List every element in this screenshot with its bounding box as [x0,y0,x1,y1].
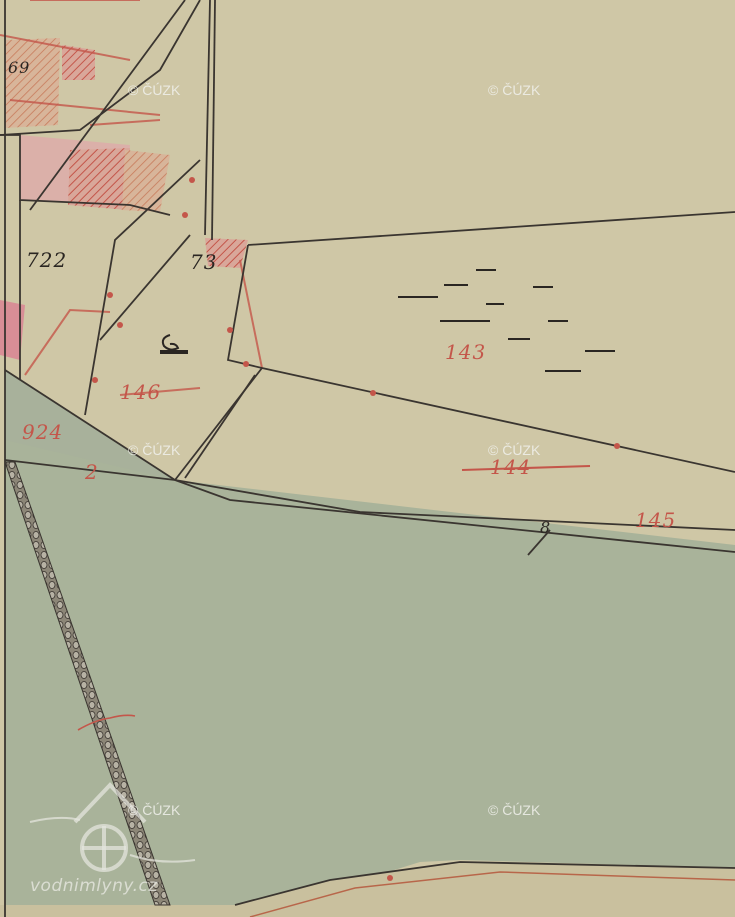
parcel-label-73: 73 [190,250,217,274]
cuzk-watermark: © ČÚZK [488,802,540,818]
parcel-label-924: 924 [22,420,63,444]
parcel-label-722: 722 [26,248,67,272]
parcel-label-924-sub: 2 [85,460,99,484]
parcel-label-69: 69 [8,58,30,77]
parcel-label-8: 8 [540,518,551,537]
parcel-label-145: 145 [635,508,676,532]
map-canvas [0,0,735,917]
parcel-label-143: 143 [445,340,486,364]
parcel-label-146: 146 [120,380,161,404]
cuzk-watermark: © ČÚZK [488,82,540,98]
cuzk-watermark: © ČÚZK [128,802,180,818]
cadastral-map[interactable]: 722 73 146 143 144 145 924 2 69 8 © ČÚZK… [0,0,735,917]
logo-text: vodnimlyny.cz [30,876,158,896]
cuzk-watermark: © ČÚZK [128,442,180,458]
cuzk-watermark: © ČÚZK [128,82,180,98]
cuzk-watermark: © ČÚZK [488,442,540,458]
parcel-label-144: 144 [490,455,531,479]
